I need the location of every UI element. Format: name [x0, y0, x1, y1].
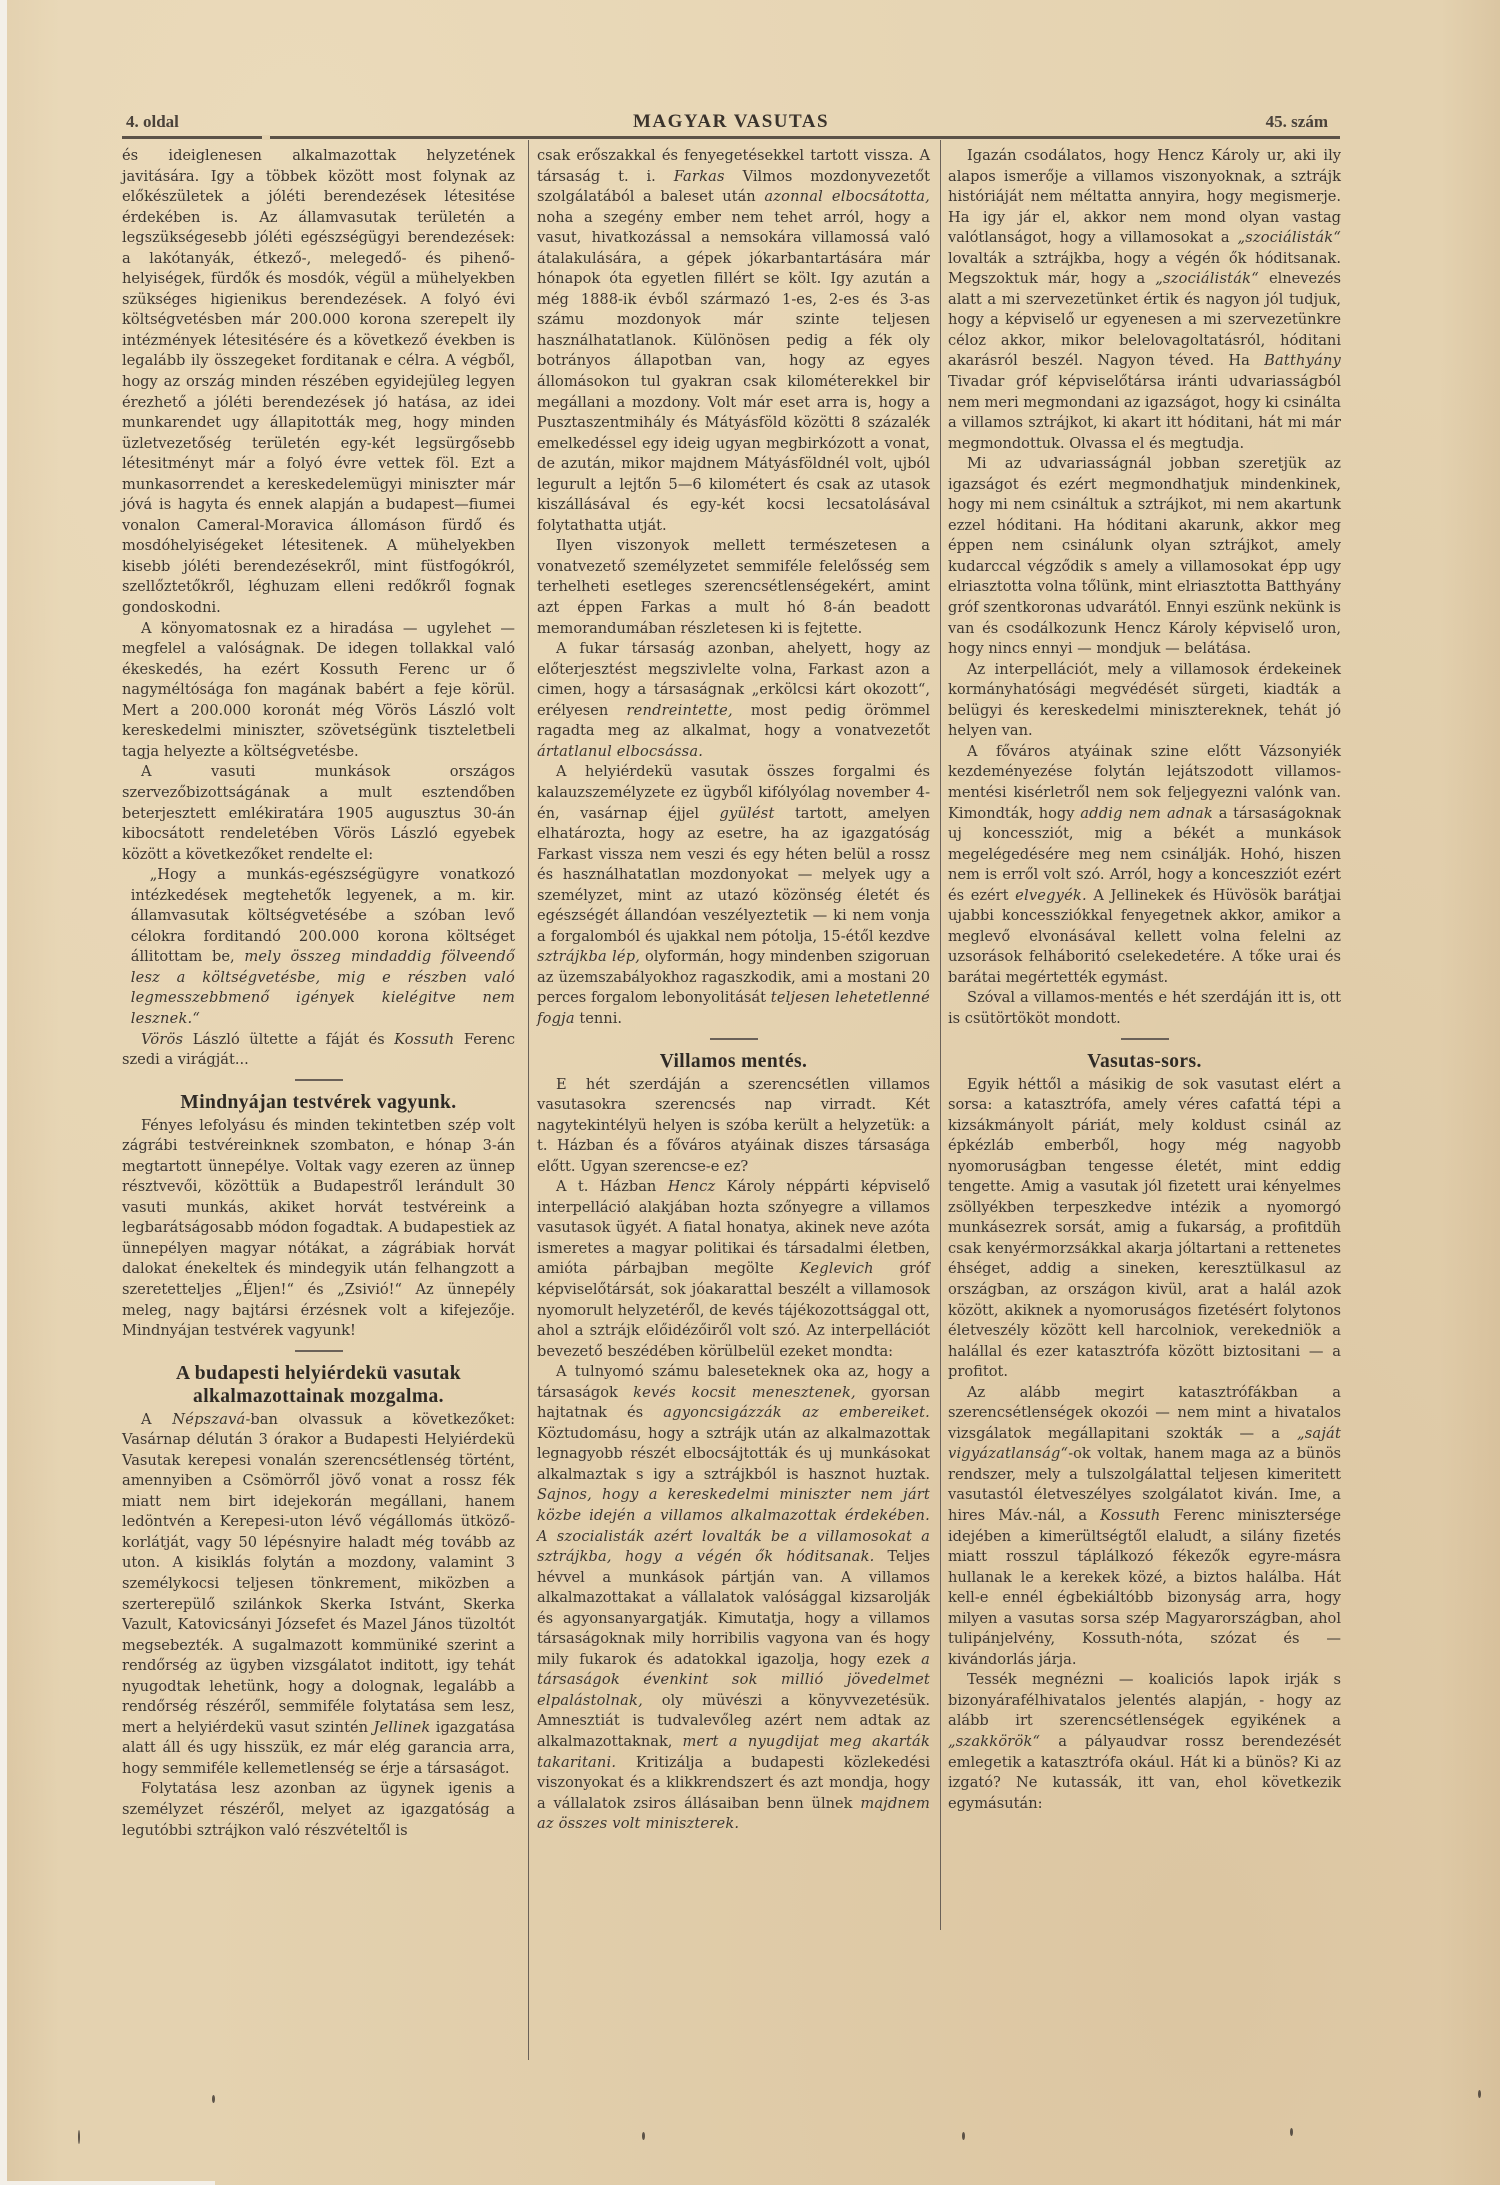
section-separator: [295, 1079, 343, 1081]
emphasis: kevés kocsit menesztenek,: [633, 1384, 856, 1401]
text-run: A: [141, 1411, 152, 1428]
emphasis: gyülést: [719, 805, 774, 822]
scan-edge-bottom: [0, 2181, 215, 2185]
text-run: -ban olvassuk a következőket: Vasárnap d…: [122, 1411, 515, 1736]
emphasis: Farkas: [674, 168, 725, 185]
text-run: Teljes hévvel a munkások pártján van. A …: [537, 1548, 930, 1668]
article-paragraph: A főváros atyáinak szine előtt Vázsonyié…: [948, 742, 1341, 989]
emphasis: Batthyány: [1264, 352, 1341, 369]
headline-vasutas-sors: Vasutas-sors.: [948, 1050, 1341, 1073]
column-1: és ideiglenesen alkalmazottak helyzeténe…: [122, 146, 515, 1841]
article-paragraph: Folytatása lesz azonban az ügynek igenis…: [122, 1779, 515, 1841]
emphasis: Kossuth: [394, 1031, 454, 1048]
emphasis: Hencz: [668, 1178, 716, 1195]
emphasis: agyoncsigázzák az embereiket.: [663, 1404, 930, 1421]
article-paragraph: Tessék megnézni — koaliciós lapok irják …: [948, 1670, 1341, 1814]
emphasis: „szociálisták“: [1155, 270, 1259, 287]
section-separator: [1121, 1038, 1169, 1040]
text-run: Az alább megirt katasztrófákban a szeren…: [948, 1384, 1341, 1442]
emphasis: azonnal elbocsátotta,: [764, 188, 930, 205]
emphasis: sztrájkba lép,: [537, 948, 640, 965]
headline-helyierdeku: A budapesti helyiérdekü vasutak alkalmaz…: [122, 1362, 515, 1408]
masthead: 4. oldal MAGYAR VASUTAS 45. szám: [122, 112, 1340, 134]
paper-speck: [78, 2130, 80, 2144]
paper-speck: [1290, 2128, 1293, 2136]
emphasis: Jellinek: [373, 1719, 430, 1736]
newspaper-title: MAGYAR VASUTAS: [122, 111, 1340, 133]
emphasis: rendreintette,: [626, 702, 732, 719]
headline-villamos-mentes: Villamos mentés.: [537, 1050, 930, 1073]
emphasis: Kossuth: [1100, 1507, 1160, 1524]
text-run: tenni.: [579, 1010, 622, 1027]
column-divider-1: [528, 140, 529, 2060]
emphasis: „szakkörök“: [948, 1733, 1040, 1750]
column-divider-2: [940, 140, 941, 1930]
paper-speck: [642, 2132, 645, 2140]
article-paragraph: A fukar társaság azonban, ahelyett, hogy…: [537, 639, 930, 762]
article-paragraph: Egyik héttől a másikig de sok vasutast e…: [948, 1075, 1341, 1383]
article-paragraph: A t. Házban Hencz Károly néppárti képvis…: [537, 1177, 930, 1362]
article-paragraph: A helyiérdekü vasutak összes forgalmi és…: [537, 762, 930, 1029]
article-paragraph: Az alább megirt katasztrófákban a szeren…: [948, 1383, 1341, 1671]
emphasis: Vörös: [141, 1031, 183, 1048]
scan-edge: [0, 0, 7, 2185]
text-run: László ültette a fáját és: [193, 1031, 385, 1048]
emphasis: addig nem adnak: [1080, 805, 1213, 822]
paper-speck: [212, 2095, 215, 2103]
paper-speck: [1478, 2090, 1481, 2098]
quoted-decree: „Hogy a munkás-egészségügyre vonatkozó i…: [122, 865, 515, 1029]
section-separator: [710, 1038, 758, 1040]
article-paragraph: Igazán csodálatos, hogy Hencz Károly ur,…: [948, 146, 1341, 454]
emphasis: Keglevich: [800, 1260, 874, 1277]
text-run: Tivadar gróf képviselőtársa iránti udvar…: [948, 373, 1341, 452]
article-paragraph: Szóval a villamos-mentés e hét szerdáján…: [948, 988, 1341, 1029]
text-run: noha a szegény ember nem tehet arról, ho…: [537, 209, 930, 534]
article-paragraph: Fényes lefolyásu és minden tekintetben s…: [122, 1116, 515, 1342]
text-run: Köztudomásu, hogy a sztrájk után az alka…: [537, 1425, 930, 1483]
text-run: Ferenc minisztersége idejében a kimerült…: [948, 1507, 1341, 1668]
article-paragraph: Mi az udvariasságnál jobban szeretjük az…: [948, 454, 1341, 659]
article-paragraph: és ideiglenesen alkalmazottak helyzeténe…: [122, 146, 515, 619]
header-rule-gap: [262, 135, 270, 140]
article-paragraph: E hét szerdáján a szerencsétlen villamos…: [537, 1075, 930, 1178]
emphasis: elvegyék.: [1015, 887, 1087, 904]
text-run: tartott, amelyen elhatározta, hogy az es…: [537, 805, 930, 945]
article-paragraph: A tulnyomó számu baleseteknek oka az, ho…: [537, 1362, 930, 1835]
emphasis: „szociálisták“: [1237, 229, 1341, 246]
emphasis: Népszavá: [172, 1411, 245, 1428]
column-2: csak erőszakkal és fenyegetésekkel tarto…: [537, 146, 930, 1835]
article-paragraph: A vasuti munkások országos szervezőbizot…: [122, 762, 515, 865]
article-paragraph: Vörös László ültette a fáját és Kossuth …: [122, 1030, 515, 1071]
emphasis: Sajnos, hogy a kereskedelmi miniszter ne…: [537, 1486, 930, 1565]
column-3: Igazán csodálatos, hogy Hencz Károly ur,…: [948, 146, 1341, 1814]
text-run: Tessék megnézni — koaliciós lapok irják …: [948, 1671, 1341, 1729]
headline-mindnyajan: Mindnyájan testvérek vagyunk.: [122, 1091, 515, 1114]
article-paragraph: csak erőszakkal és fenyegetésekkel tarto…: [537, 146, 930, 536]
article-paragraph: Az interpellációt, mely a villamosok érd…: [948, 660, 1341, 742]
issue-number: 45. szám: [1266, 112, 1328, 132]
header-rule: [122, 136, 1340, 139]
section-separator: [295, 1350, 343, 1352]
article-paragraph: A Népszavá-ban olvassuk a következőket: …: [122, 1410, 515, 1780]
emphasis: ártatlanul elbocsássa.: [537, 743, 703, 760]
paper-speck: [962, 2132, 965, 2140]
article-paragraph: A könyomatosnak ez a hiradása — ugylehet…: [122, 619, 515, 763]
article-paragraph: Ilyen viszonyok mellett természetesen a …: [537, 536, 930, 639]
text-run: A t. Házban: [556, 1178, 656, 1195]
